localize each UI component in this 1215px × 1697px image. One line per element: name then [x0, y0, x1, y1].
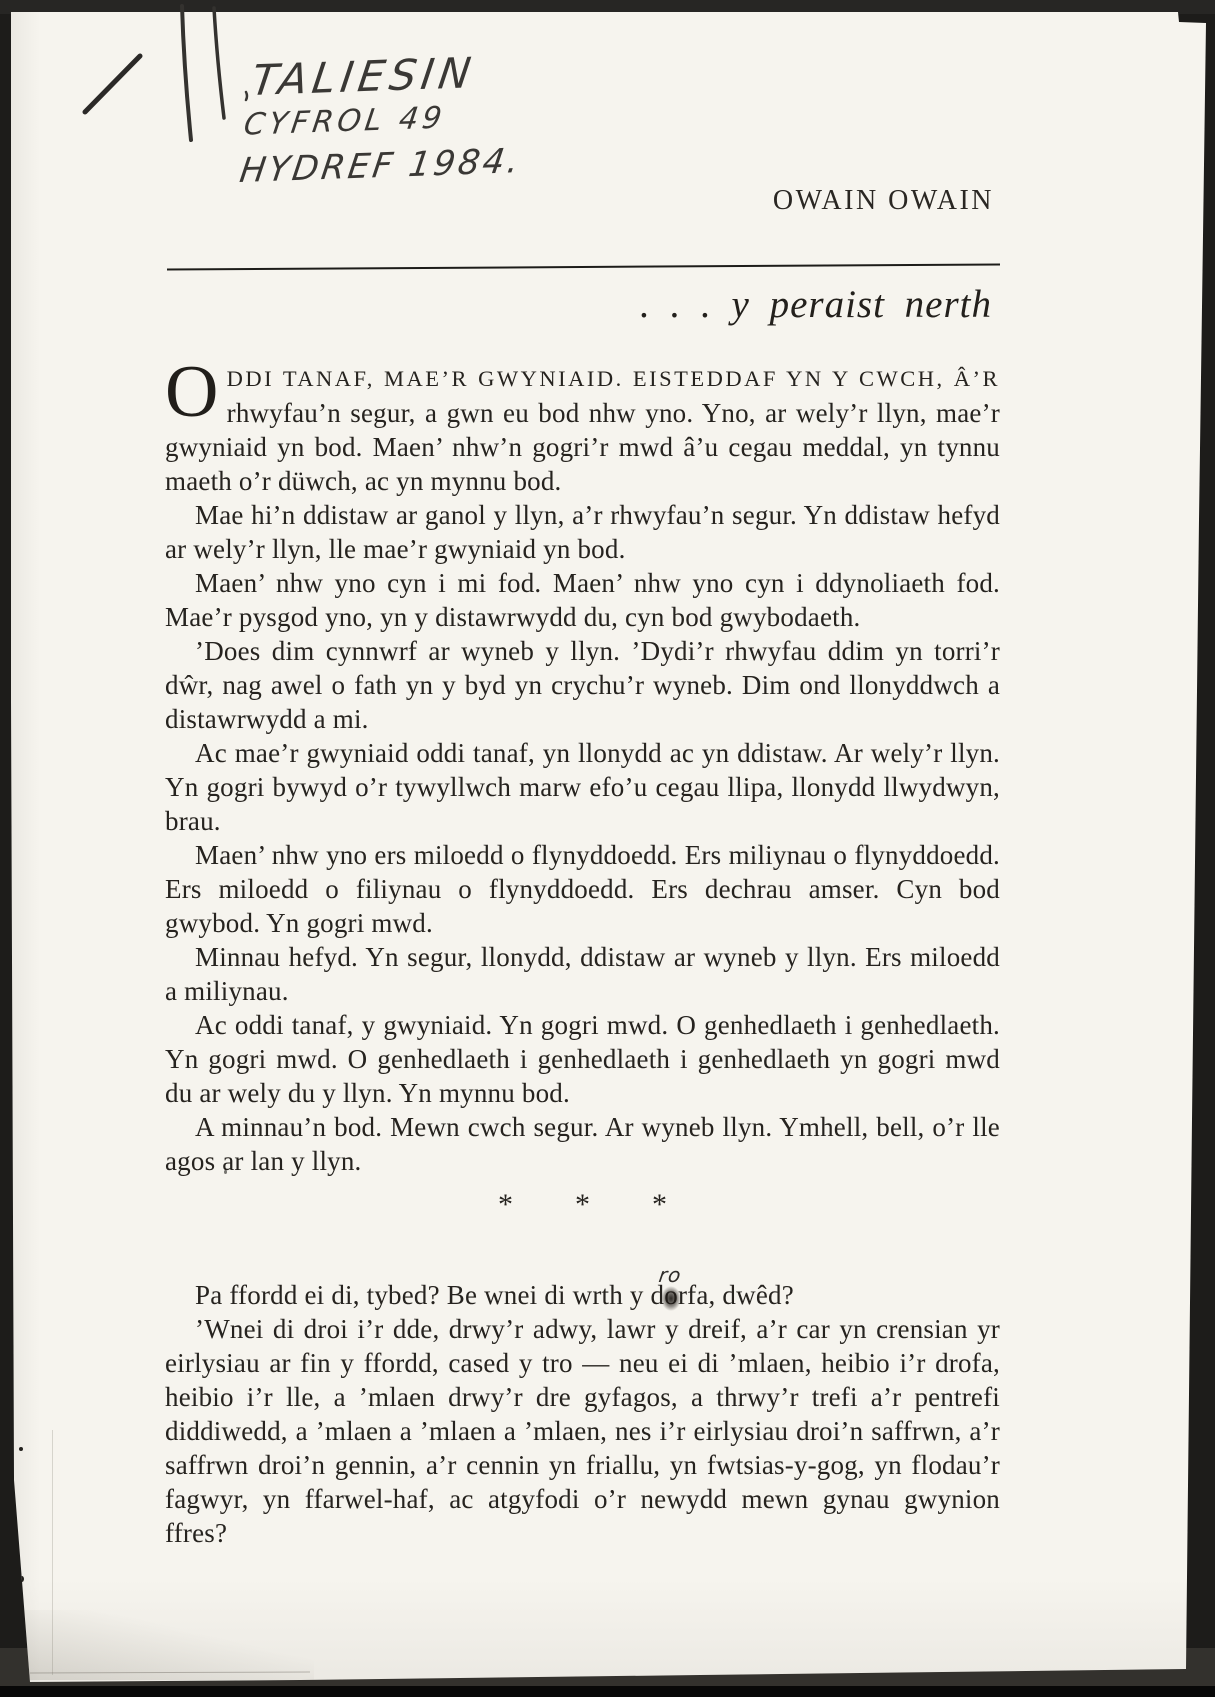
paragraph-1-text: rhwyfau’n segur, a gwn eu bod nhw yno. Y… [165, 398, 1000, 496]
paragraph-10: Pa ffordd ei di, tybed? Be wnei di wrth … [165, 1278, 1000, 1312]
scan-border-bottom-black [0, 1686, 1215, 1697]
paragraph-2: Mae hi’n ddistaw ar ganol y llyn, a’r rh… [165, 498, 1000, 566]
scanned-page: TALIESIN CYFROL 49 HYDREF 1984. OWAIN OW… [0, 0, 1215, 1697]
ink-speck [20, 1576, 24, 1582]
separator-asterisk: * [652, 1188, 667, 1222]
annotation-magazine-title: TALIESIN [249, 48, 479, 105]
header-rule [167, 263, 1000, 270]
paragraph-11: ’Wnei di droi i’r dde, drwy’r adwy, lawr… [165, 1312, 1000, 1550]
separator-asterisk: * [575, 1188, 590, 1222]
paper-edge-line-vertical [52, 1430, 53, 1675]
pen-vertical-stroke [214, 8, 224, 118]
separator-asterisk: * [498, 1188, 513, 1222]
ink-speck [19, 1447, 23, 1451]
paragraph-1: ODDI TANAF, MAE’R GWYNIAID. EISTEDDAF YN… [165, 360, 1000, 498]
ink-blot: oro [664, 1280, 678, 1310]
paragraph-10-text: Pa ffordd ei di, tybed? Be wnei di wrth … [195, 1280, 664, 1310]
section-separator: * * * [165, 1188, 1000, 1222]
paper-corner-shadow [14, 1610, 314, 1680]
author-name: OWAIN OWAIN [165, 185, 1000, 217]
paragraph-4: ’Does dim cynnwrf ar wyneb y llyn. ’Dydi… [165, 634, 1000, 736]
paragraph-10-text-end: rfa, dwêd? [678, 1280, 794, 1310]
pen-tick-mark [246, 92, 247, 100]
pen-vertical-stroke [182, 6, 191, 140]
paragraph-5: Ac mae’r gwyniaid oddi tanaf, yn llonydd… [165, 736, 1000, 838]
pen-slash-mark [85, 56, 140, 112]
article-title: . . . y peraist nerth [165, 282, 992, 327]
paragraph-1-lead: DDI TANAF, MAE’R GWYNIAID. EISTEDDAF YN … [227, 366, 1000, 391]
paragraph-9: A minnau’n bod. Mewn cwch segur. Ar wyne… [165, 1110, 1000, 1178]
article: OWAIN OWAIN . . . y peraist nerth ODDI T… [165, 185, 1000, 1550]
paragraph-7: Minnau hefyd. Yn segur, llonydd, ddistaw… [165, 940, 1000, 1008]
paragraph-3: Maen’ nhw yno cyn i mi fod. Maen’ nhw yn… [165, 566, 1000, 634]
annotation-volume: CYFROL 49 [242, 100, 448, 142]
paragraph-8: Ac oddi tanaf, y gwyniaid. Yn gogri mwd.… [165, 1008, 1000, 1110]
drop-cap: O [165, 360, 227, 426]
paragraph-6: Maen’ nhw yno ers miloedd o flynyddoedd.… [165, 838, 1000, 940]
